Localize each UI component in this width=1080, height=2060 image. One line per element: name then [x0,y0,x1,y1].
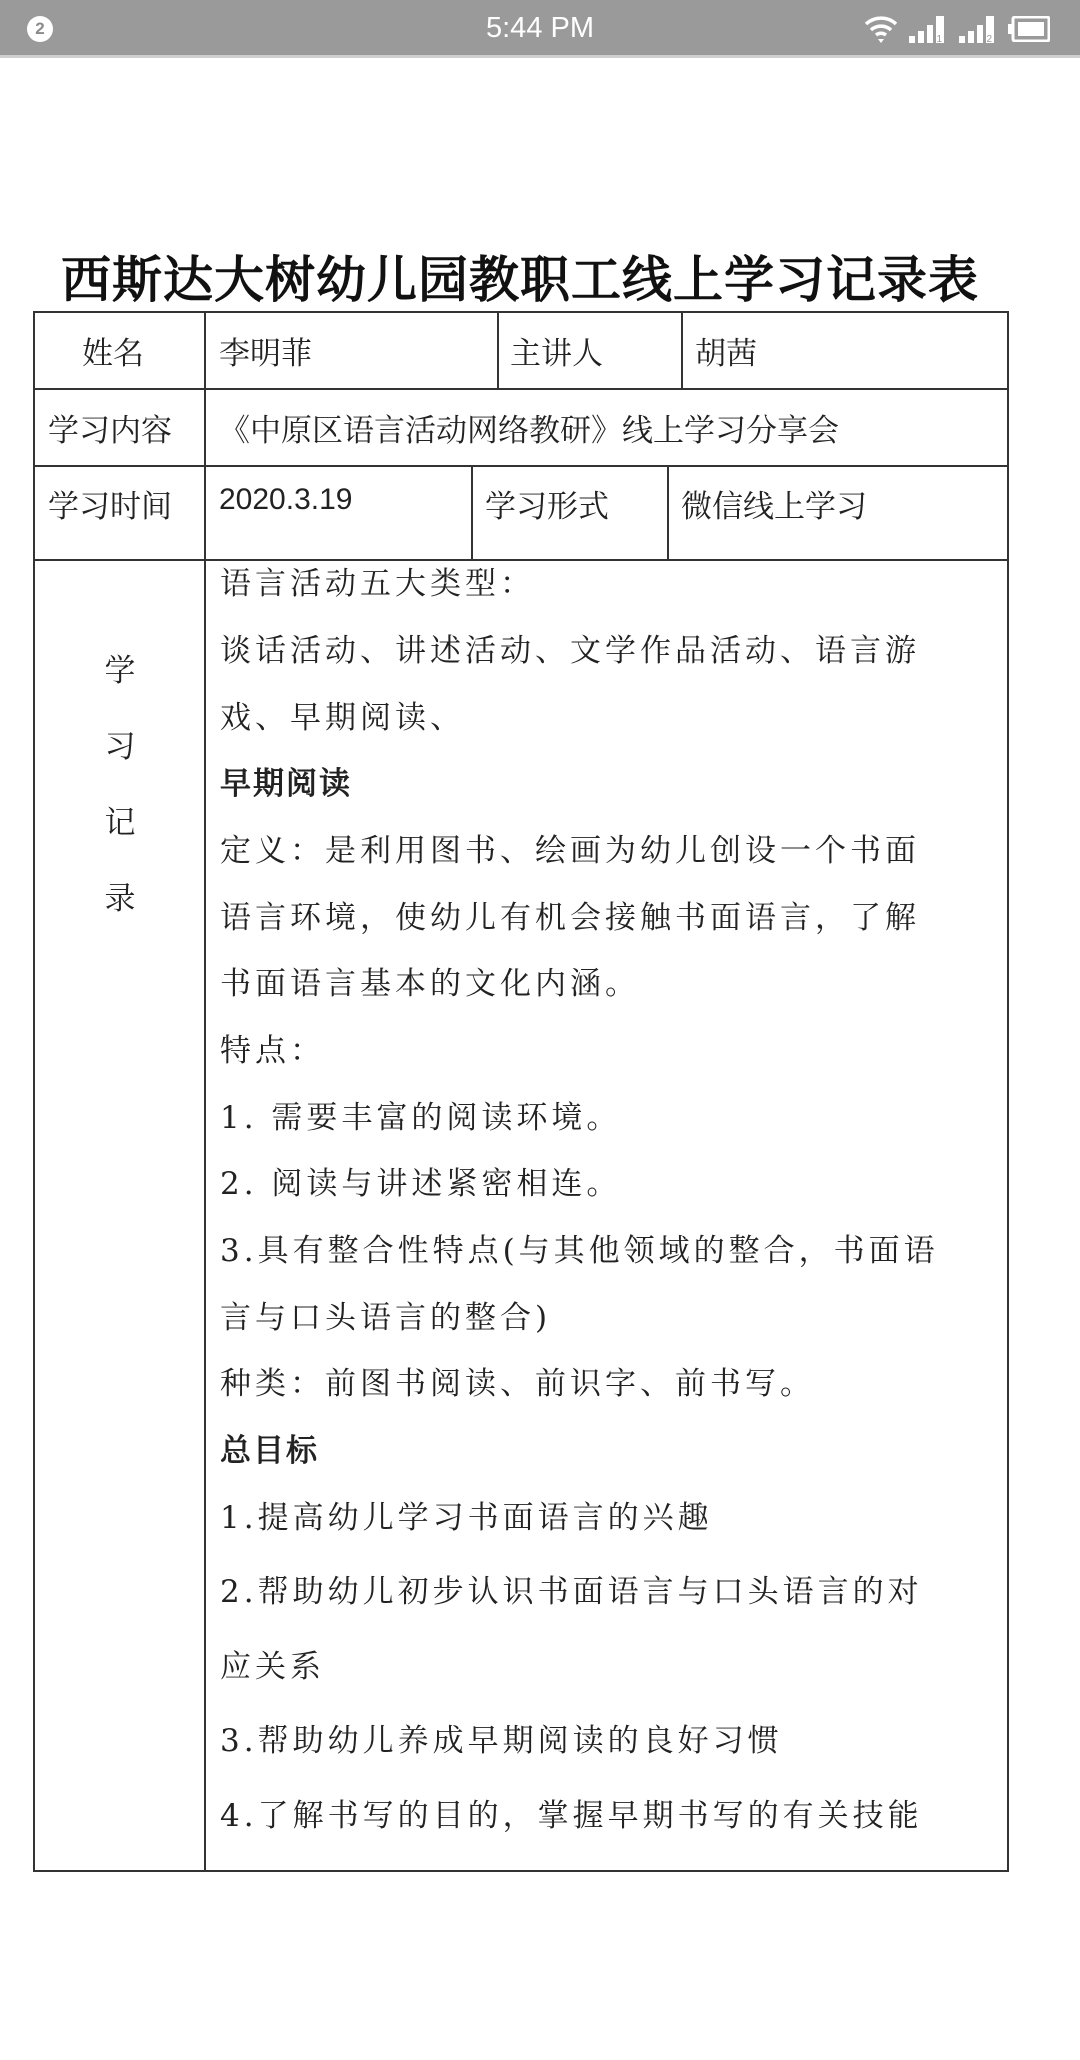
record-line: 2.帮助幼儿初步认识书面语言与口头语言的对 [220,1566,923,1611]
column-divider [204,313,206,1872]
row-divider [35,388,1009,390]
record-line: 特点： [220,1025,325,1070]
record-line: 应关系 [220,1641,325,1686]
content-value: 《中原区语言活动网络教研》线上学习分享会 [219,405,839,450]
record-line: 1. 需要丰富的阅读环境。 [220,1092,621,1137]
record-line: 1.提高幼儿学习书面语言的兴趣 [220,1492,713,1537]
status-icons: 1 2 [864,14,1050,44]
format-value: 微信线上学习 [681,481,867,526]
content-label: 学习内容 [48,405,172,450]
record-heading: 总目标 [220,1425,319,1470]
column-divider [681,313,683,389]
name-value: 李明菲 [219,328,312,373]
row-divider [35,465,1009,467]
battery-icon [1008,16,1050,42]
record-line: 3.帮助幼儿养成早期阅读的良好习惯 [220,1715,783,1760]
record-label-char: 学 [105,633,136,709]
signal-sim2-icon: 2 [958,14,998,44]
learning-record-table: 姓名 李明菲 主讲人 胡茜 学习内容 《中原区语言活动网络教研》线上学习分享会 … [33,311,1009,1872]
record-label-char: 记 [105,785,136,861]
wifi-icon [864,14,898,44]
record-line: 言与口头语言的整合) [220,1292,551,1337]
record-line: 4.了解书写的目的，掌握早期书写的有关技能 [220,1790,923,1835]
record-label-char: 录 [105,861,136,937]
record-section-label: 学 习 记 录 [35,633,205,937]
time-value: 2020.3.19 [219,483,352,517]
record-line: 语言环境，使幼儿有机会接触书面语言，了解 [220,892,920,937]
record-line: 2. 阅读与讲述紧密相连。 [220,1158,621,1203]
record-line: 3.具有整合性特点(与其他领域的整合，书面语 [220,1225,939,1270]
record-line: 种类：前图书阅读、前识字、前书写。 [220,1358,815,1403]
speaker-value: 胡茜 [695,328,757,373]
svg-text:2: 2 [987,34,993,44]
record-heading: 早期阅读 [220,758,352,803]
column-divider [471,465,473,560]
status-bar: 2 5:44 PM 1 [0,0,1080,58]
column-divider [497,313,499,389]
record-line: 语言活动五大类型： [220,558,535,603]
document-title: 西斯达大树幼儿园教职工线上学习记录表 [0,240,1040,312]
signal-sim1-icon: 1 [908,14,948,44]
record-line: 谈话活动、讲述活动、文学作品活动、语言游 [220,625,920,670]
time-label: 学习时间 [48,481,172,526]
format-label: 学习形式 [485,481,609,526]
record-line: 书面语言基本的文化内涵。 [220,958,640,1003]
speaker-label: 主讲人 [510,328,603,373]
record-line: 戏、早期阅读、 [220,692,465,737]
svg-text:1: 1 [937,34,943,44]
record-line: 定义：是利用图书、绘画为幼儿创设一个书面 [220,825,920,870]
column-divider [667,465,669,560]
name-label: 姓名 [82,328,144,373]
record-label-char: 习 [105,709,136,785]
